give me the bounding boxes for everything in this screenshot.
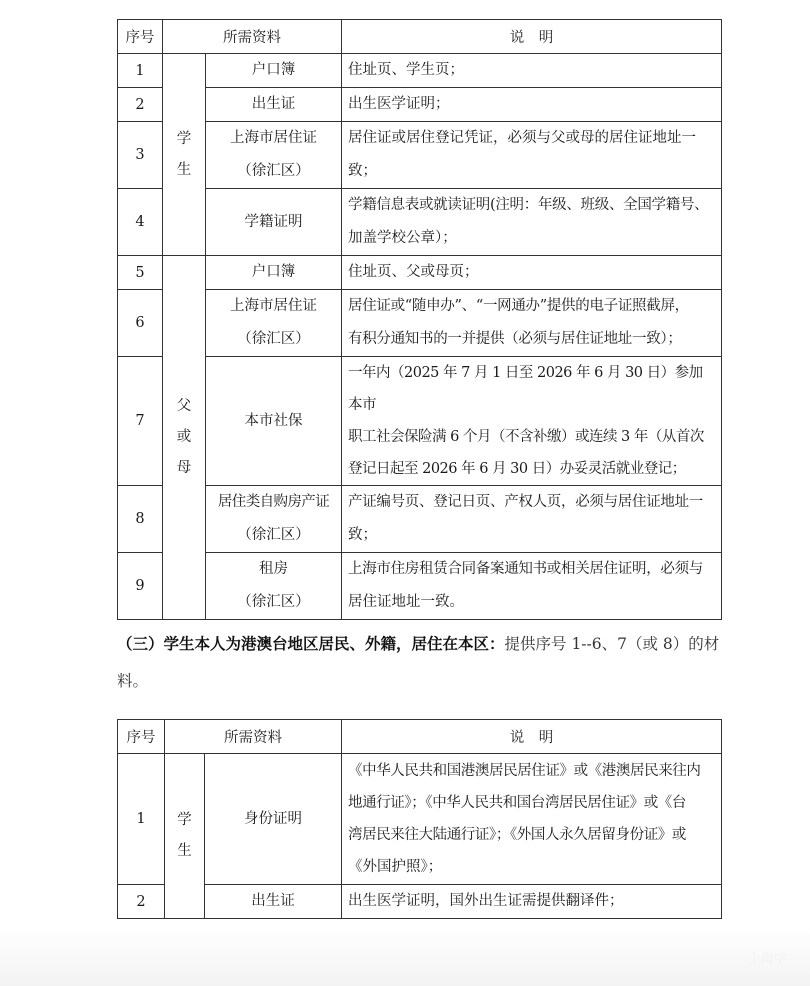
description-cell: 出生医学证明； <box>342 88 722 122</box>
description-text: 上海市住房租赁合同备案通知书或相关居住证明，必须与 <box>348 553 715 586</box>
header-materials: 所需资料 <box>163 20 342 54</box>
description-cell: 一年内（2025 年 7 月 1 日至 2026 年 6 月 30 日）参加本市… <box>342 357 722 486</box>
header-materials: 所需资料 <box>165 720 342 754</box>
description-cell: 上海市住房租赁合同备案通知书或相关居住证明，必须与 居住证地址一致。 <box>342 553 722 620</box>
group-label-student: 学 生 <box>163 54 206 256</box>
row-number: 9 <box>118 553 163 620</box>
item-text: 出生证 <box>251 893 295 909</box>
row-number: 1 <box>118 754 165 885</box>
table-row: 8 居住类自购房产证 （徐汇区） 产证编号页、登记日页、产权人页，必须与居住证地… <box>118 486 722 553</box>
item-text: 学籍证明 <box>245 214 303 230</box>
row-number: 3 <box>118 122 163 189</box>
section-3-paragraph: （三）学生本人为港澳台地区居民、外籍，居住在本区：提供序号 1--6、7（或 8… <box>117 626 727 700</box>
item-cell: 租房 （徐汇区） <box>206 553 342 620</box>
description-text: 登记日起至 2026 年 6 月 30 日）办妥灵活就业登记； <box>348 453 715 485</box>
description-cell: 居住证或居住登记凭证，必须与父或母的居住证地址一 致； <box>342 122 722 189</box>
item-text: （徐汇区） <box>206 323 341 356</box>
header-no: 序号 <box>118 720 165 754</box>
group-char: 生 <box>165 836 204 867</box>
group-char: 学 <box>163 124 205 155</box>
row-number: 2 <box>118 885 165 919</box>
description-text: 住址页、学生页； <box>348 62 464 78</box>
description-text: 《外国护照》； <box>348 851 715 883</box>
group-label-student: 学 生 <box>165 754 205 919</box>
item-cell: 户口簿 <box>206 54 342 88</box>
description-cell: 《中华人民共和国港澳居民居住证》或《港澳居民来往内 地通行证》；《中华人民共和国… <box>342 754 722 885</box>
description-text: 住址页、父或母页； <box>348 264 479 280</box>
group-char: 母 <box>163 453 205 484</box>
description-cell: 学籍信息表或就读证明(注明：年级、班级、全国学籍号、 加盖学校公章）； <box>342 189 722 256</box>
group-label-parent: 父 或 母 <box>163 256 206 620</box>
item-cell: 户口簿 <box>206 256 342 290</box>
table-header-row: 序号 所需资料 说 明 <box>118 20 722 54</box>
group-char: 生 <box>163 155 205 186</box>
item-text: 身份证明 <box>244 811 302 827</box>
description-text: 致； <box>348 519 715 552</box>
row-number: 2 <box>118 88 163 122</box>
item-text: 居住类自购房产证 <box>206 486 341 519</box>
item-cell: 上海市居住证 （徐汇区） <box>206 290 342 357</box>
description-text: 地通行证》；《中华人民共和国台湾居民居住证》或《台 <box>348 787 715 819</box>
description-text: 出生医学证明，国外出生证需提供翻译件； <box>348 893 624 909</box>
description-text: 加盖学校公章）； <box>348 222 715 255</box>
header-description: 说 明 <box>342 20 722 54</box>
description-text: 职工社会保险满 6 个月（不含补缴）或连续 3 年（从首次 <box>348 421 715 453</box>
group-char: 学 <box>165 805 204 836</box>
description-text: 出生医学证明； <box>348 96 450 112</box>
item-text: 上海市居住证 <box>206 290 341 323</box>
group-char: 父 <box>163 391 205 422</box>
item-text: 租房 <box>206 553 341 586</box>
item-cell: 出生证 <box>205 885 342 919</box>
row-number: 7 <box>118 357 163 486</box>
item-cell: 学籍证明 <box>206 189 342 256</box>
materials-table-1: 序号 所需资料 说 明 1 学 生 户口簿 住址页、学生页； 2 出生证 出生医… <box>117 19 722 620</box>
item-text: 户口簿 <box>252 62 296 78</box>
description-cell: 产证编号页、登记日页、产权人页，必须与居住证地址一 致； <box>342 486 722 553</box>
item-cell: 上海市居住证 （徐汇区） <box>206 122 342 189</box>
table-row: 2 出生证 出生医学证明； <box>118 88 722 122</box>
description-cell: 住址页、学生页； <box>342 54 722 88</box>
section-3-heading: （三）学生本人为港澳台地区居民、外籍，居住在本区： <box>117 635 505 653</box>
group-char: 或 <box>163 422 205 453</box>
table-row: 7 本市社保 一年内（2025 年 7 月 1 日至 2026 年 6 月 30… <box>118 357 722 486</box>
item-text: 户口簿 <box>252 264 296 280</box>
description-text: 《中华人民共和国港澳居民居住证》或《港澳居民来往内 <box>348 755 715 787</box>
watermark: 上海学 <box>748 948 787 967</box>
item-text: （徐汇区） <box>206 519 341 552</box>
table-row: 1 学 生 户口簿 住址页、学生页； <box>118 54 722 88</box>
item-text: （徐汇区） <box>206 155 341 188</box>
table-header-row: 序号 所需资料 说 明 <box>118 720 722 754</box>
table-row: 5 父 或 母 户口簿 住址页、父或母页； <box>118 256 722 290</box>
bottom-fade <box>0 926 810 986</box>
table-row: 4 学籍证明 学籍信息表或就读证明(注明：年级、班级、全国学籍号、 加盖学校公章… <box>118 189 722 256</box>
description-text: 湾居民来往大陆通行证》；《外国人永久居留身份证》或 <box>348 819 715 851</box>
description-text: 居住证或“随申办”、“一网通办”提供的电子证照截屏， <box>348 290 715 323</box>
row-number: 4 <box>118 189 163 256</box>
item-text: 上海市居住证 <box>206 122 341 155</box>
description-text: 有积分通知书的一并提供（必须与居住证地址一致）； <box>348 323 715 356</box>
row-number: 6 <box>118 290 163 357</box>
item-text: （徐汇区） <box>206 586 341 619</box>
description-text: 产证编号页、登记日页、产权人页，必须与居住证地址一 <box>348 486 715 519</box>
row-number: 5 <box>118 256 163 290</box>
header-description: 说 明 <box>342 720 722 754</box>
description-cell: 出生医学证明，国外出生证需提供翻译件； <box>342 885 722 919</box>
description-cell: 居住证或“随申办”、“一网通办”提供的电子证照截屏， 有积分通知书的一并提供（必… <box>342 290 722 357</box>
description-cell: 住址页、父或母页； <box>342 256 722 290</box>
header-no: 序号 <box>118 20 163 54</box>
description-text: 一年内（2025 年 7 月 1 日至 2026 年 6 月 30 日）参加本市 <box>348 357 715 421</box>
item-text: 出生证 <box>252 96 296 112</box>
description-text: 致； <box>348 155 715 188</box>
row-number: 1 <box>118 54 163 88</box>
table-row: 2 出生证 出生医学证明，国外出生证需提供翻译件； <box>118 885 722 919</box>
description-text: 居住证地址一致。 <box>348 586 715 619</box>
item-cell: 本市社保 <box>206 357 342 486</box>
item-cell: 身份证明 <box>205 754 342 885</box>
row-number: 8 <box>118 486 163 553</box>
table-row: 6 上海市居住证 （徐汇区） 居住证或“随申办”、“一网通办”提供的电子证照截屏… <box>118 290 722 357</box>
item-cell: 居住类自购房产证 （徐汇区） <box>206 486 342 553</box>
description-text: 居住证或居住登记凭证，必须与父或母的居住证地址一 <box>348 122 715 155</box>
item-cell: 出生证 <box>206 88 342 122</box>
table-row: 3 上海市居住证 （徐汇区） 居住证或居住登记凭证，必须与父或母的居住证地址一 … <box>118 122 722 189</box>
description-text: 学籍信息表或就读证明(注明：年级、班级、全国学籍号、 <box>348 189 715 222</box>
item-text: 本市社保 <box>245 413 303 429</box>
table-row: 9 租房 （徐汇区） 上海市住房租赁合同备案通知书或相关居住证明，必须与 居住证… <box>118 553 722 620</box>
table-row: 1 学 生 身份证明 《中华人民共和国港澳居民居住证》或《港澳居民来往内 地通行… <box>118 754 722 885</box>
materials-table-2: 序号 所需资料 说 明 1 学 生 身份证明 《中华人民共和国港澳居民居住证》或… <box>117 719 722 919</box>
